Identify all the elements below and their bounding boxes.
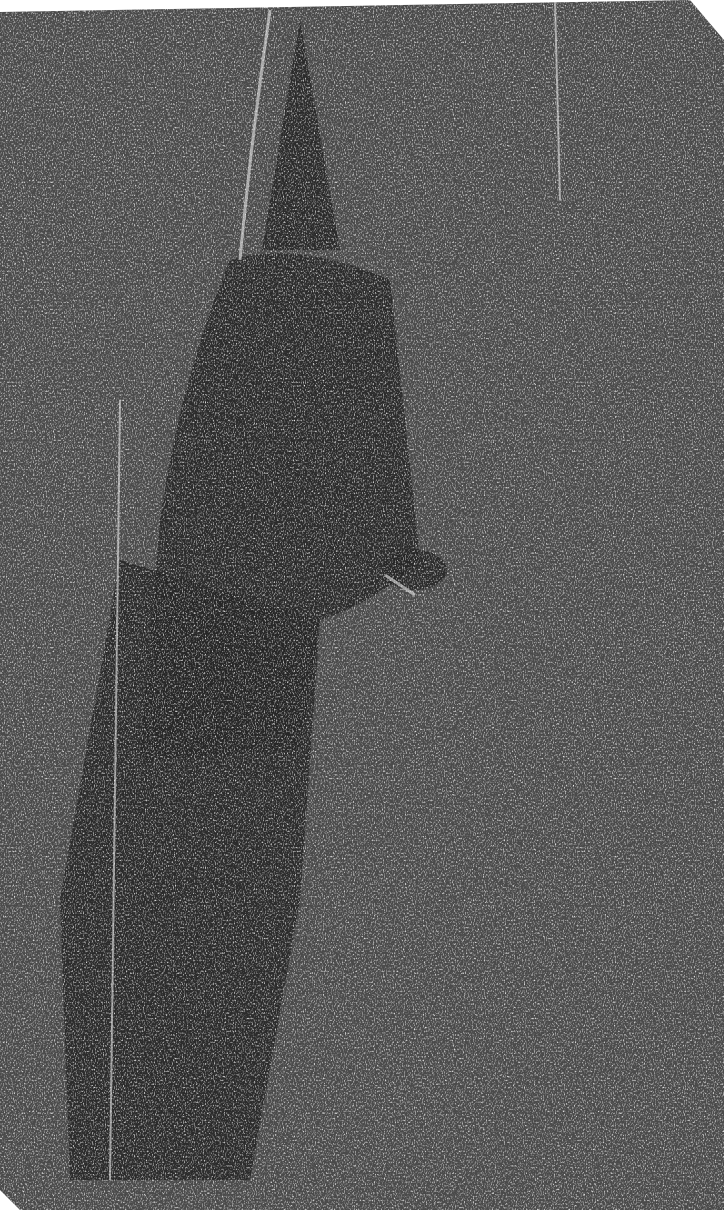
figure-rubbing <box>0 0 724 1210</box>
rubbing-image <box>0 0 724 1210</box>
